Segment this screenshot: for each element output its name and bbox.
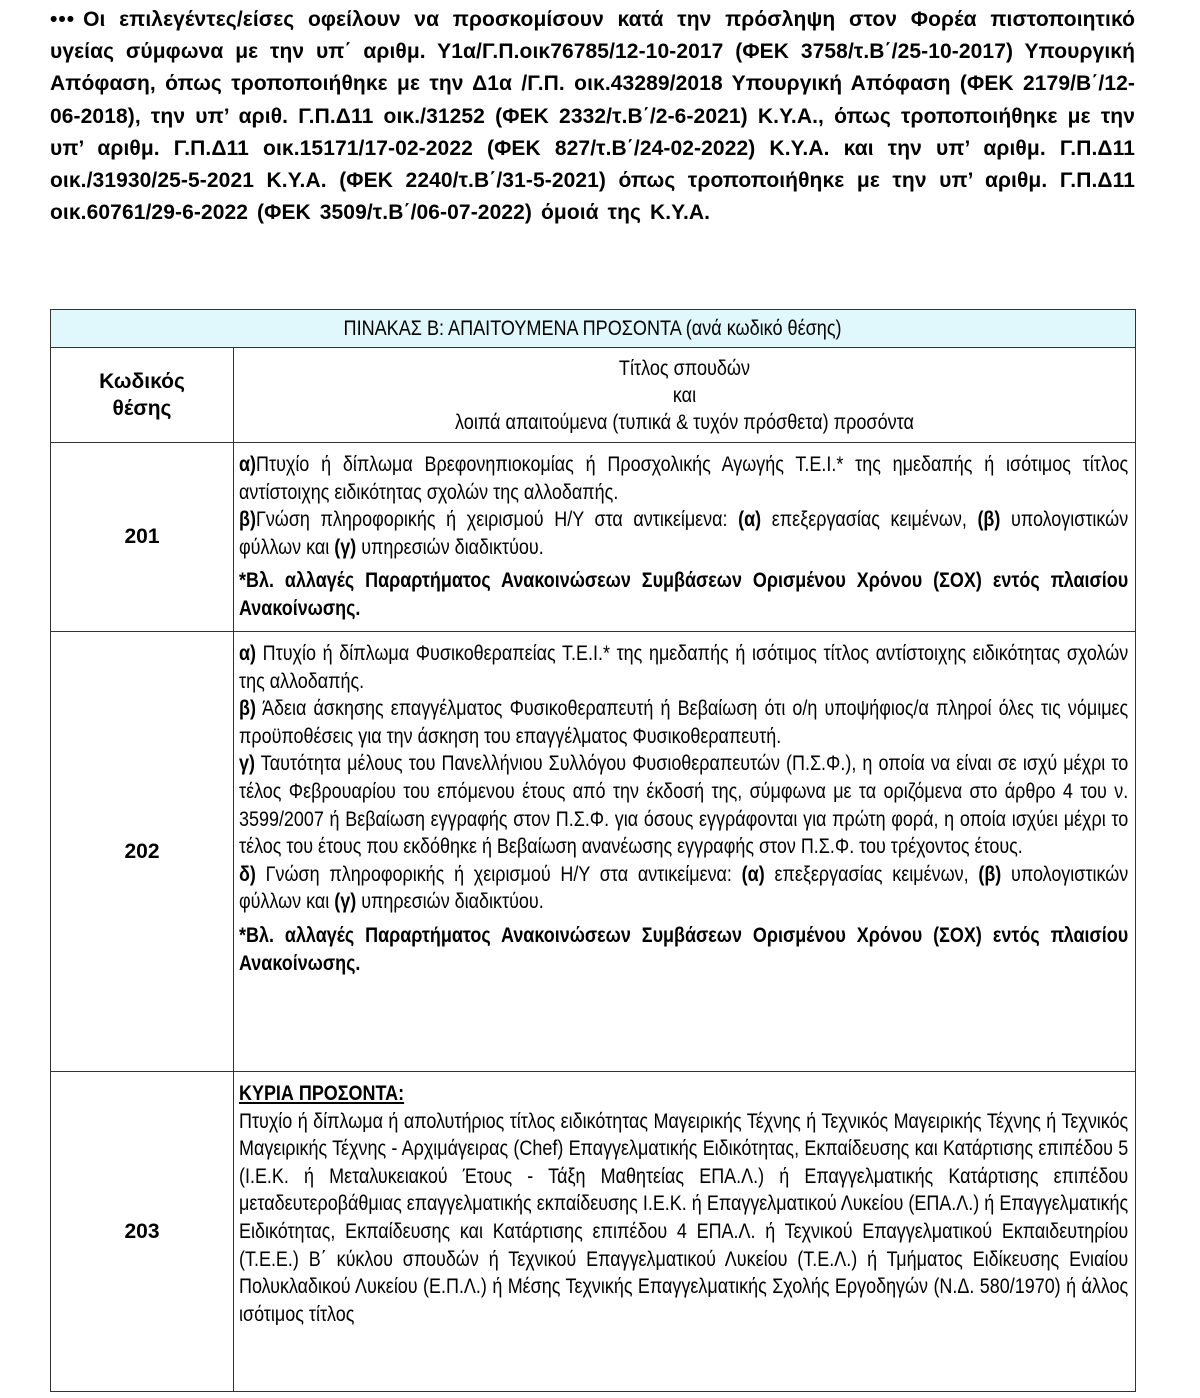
sub-label: (α) (742, 863, 765, 886)
header-position-code: Κωδικός θέσης (51, 348, 234, 443)
requirement-item: γ) Ταυτότητα μέλους του Πανελλήνιου Συλλ… (239, 750, 1128, 860)
table-row: 202 α) Πτυχίο ή δίπλωμα Φυσικοθεραπείας … (51, 632, 1136, 1072)
note-text: *Βλ. αλλαγές Παραρτήματος Ανακοινώσεων Σ… (239, 567, 1128, 622)
item-label: δ) (239, 863, 256, 886)
intro-text: Οι επιλεγέντες/είσες οφείλουν να προσκομ… (50, 8, 1135, 224)
requirement-item: δ) Γνώση πληροφορικής ή χειρισμού Η/Υ στ… (239, 861, 1128, 916)
item-label: α) (239, 642, 256, 665)
bullet-marks: ••• (50, 8, 75, 31)
item-text: Γνώση πληροφορικής ή χειρισμού Η/Υ στα α… (256, 863, 742, 886)
main-qualifications-heading: ΚΥΡΙΑ ΠΡΟΣΟΝΤΑ: (239, 1080, 1128, 1108)
item-text: επεξεργασίας κειμένων, (765, 863, 979, 886)
intro-paragraph: •••Οι επιλεγέντες/είσες οφείλουν να προσ… (50, 4, 1135, 229)
sub-label: (γ) (334, 890, 356, 913)
item-text: υπηρεσιών διαδικτύου. (356, 536, 543, 559)
item-text: Πτυχίο ή δίπλωμα Φυσικοθεραπείας Τ.Ε.Ι.*… (239, 642, 1128, 693)
item-text: Ταυτότητα μέλους του Πανελλήνιου Συλλόγο… (239, 752, 1128, 858)
requirement-item: β)Γνώση πληροφορικής ή χειρισμού Η/Υ στα… (239, 506, 1128, 561)
header-title-line1: Τίτλος σπουδών (297, 355, 1072, 382)
table-caption-text: ΠΙΝΑΚΑΣ Β: ΑΠΑΙΤΟΥΜΕΝΑ ΠΡΟΣΟΝΤΑ (ανά κωδ… (344, 317, 842, 341)
sub-label: (α) (738, 508, 761, 531)
requirement-item: α)Πτυχίο ή δίπλωμα Βρεφονηπιοκομίας ή Πρ… (239, 451, 1128, 506)
qualifications-cell: α) Πτυχίο ή δίπλωμα Φυσικοθεραπείας Τ.Ε.… (234, 632, 1136, 1072)
header-code-line2: θέσης (51, 395, 233, 422)
header-code-line1: Κωδικός (51, 368, 233, 395)
sub-label: (β) (978, 863, 1001, 886)
table-caption: ΠΙΝΑΚΑΣ Β: ΑΠΑΙΤΟΥΜΕΝΑ ΠΡΟΣΟΝΤΑ (ανά κωδ… (51, 310, 1136, 348)
position-code: 201 (51, 443, 234, 632)
item-label: β) (239, 508, 256, 531)
item-text: υπηρεσιών διαδικτύου. (356, 890, 543, 913)
item-label: β) (239, 697, 256, 720)
table-row: 203 ΚΥΡΙΑ ΠΡΟΣΟΝΤΑ: Πτυχίο ή δίπλωμα ή α… (51, 1072, 1136, 1392)
position-code: 202 (51, 632, 234, 1072)
sub-label: (γ) (334, 536, 356, 559)
qualifications-cell: ΚΥΡΙΑ ΠΡΟΣΟΝΤΑ: Πτυχίο ή δίπλωμα ή απολυ… (234, 1072, 1136, 1392)
item-label: γ) (239, 752, 255, 775)
requirement-item: β) Άδεια άσκησης επαγγέλματος Φυσικοθερα… (239, 695, 1128, 750)
header-title-line2: και (297, 382, 1072, 409)
header-qualifications: Τίτλος σπουδών και λοιπά απαιτούμενα (τυ… (234, 348, 1136, 443)
item-text: Γνώση πληροφορικής ή χειρισμού Η/Υ στα α… (256, 508, 738, 531)
position-code: 203 (51, 1072, 234, 1392)
table-row: 201 α)Πτυχίο ή δίπλωμα Βρεφονηπιοκομίας … (51, 443, 1136, 632)
header-title-line3: λοιπά απαιτούμενα (τυπικά & τυχόν πρόσθε… (297, 409, 1072, 436)
requirements-table: ΠΙΝΑΚΑΣ Β: ΑΠΑΙΤΟΥΜΕΝΑ ΠΡΟΣΟΝΤΑ (ανά κωδ… (50, 309, 1136, 1392)
item-label: α) (239, 453, 256, 476)
item-text: επεξεργασίας κειμένων, (761, 508, 977, 531)
item-text: Πτυχίο ή δίπλωμα Βρεφονηπιοκομίας ή Προσ… (239, 453, 1128, 504)
item-text: Άδεια άσκησης επαγγέλματος Φυσικοθεραπευ… (239, 697, 1128, 748)
sub-label: (β) (977, 508, 1000, 531)
note-text: *Βλ. αλλαγές Παραρτήματος Ανακοινώσεων Σ… (239, 922, 1128, 977)
requirement-text: Πτυχίο ή δίπλωμα ή απολυτήριος τίτλος ει… (239, 1108, 1128, 1329)
qualifications-cell: α)Πτυχίο ή δίπλωμα Βρεφονηπιοκομίας ή Πρ… (234, 443, 1136, 632)
requirement-item: α) Πτυχίο ή δίπλωμα Φυσικοθεραπείας Τ.Ε.… (239, 640, 1128, 695)
